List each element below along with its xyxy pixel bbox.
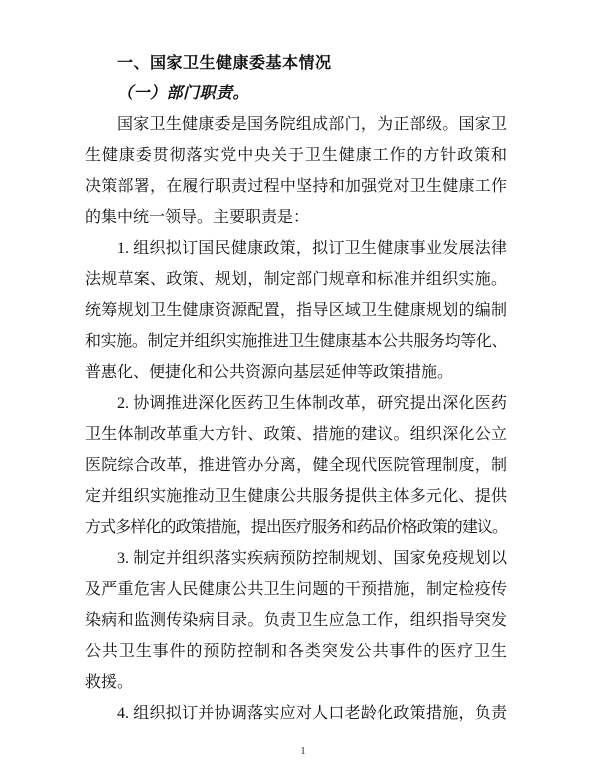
body-line: 卫生体制改革重大方针、政策、措施的建议。组织深化公立 (85, 419, 507, 450)
document-page: 一、国家卫生健康委基本情况 （一）部门职责。 国家卫生健康委是国务院组成部门，为… (0, 0, 592, 764)
page-number: 1 (0, 745, 592, 757)
body-line: 普惠化、便捷化和公共资源向基层延伸等政策措施。 (85, 357, 507, 388)
body-line: 3. 制定并组织落实疾病预防控制规划、国家免疫规划以 (85, 543, 507, 574)
body-line: 的集中统一领导。主要职责是： (85, 202, 507, 233)
body-line: 定并组织实施推动卫生健康公共服务提供主体多元化、提供 (85, 481, 507, 512)
body-line: 救援。 (85, 667, 507, 698)
body-line: 2. 协调推进深化医药卫生体制改革，研究提出深化医药 (85, 388, 507, 419)
body-line: 及严重危害人民健康公共卫生问题的干预措施，制定检疫传 (85, 574, 507, 605)
body-line: 生健康委贯彻落实党中央关于卫生健康工作的方针政策和 (85, 140, 507, 171)
body-line: 和实施。制定并组织实施推进卫生健康基本公共服务均等化、 (85, 326, 507, 357)
body-line: 染病和监测传染病目录。负责卫生应急工作，组织指导突发 (85, 605, 507, 636)
body-line: 统筹规划卫生健康资源配置，指导区域卫生健康规划的编制 (85, 295, 507, 326)
section-heading: 一、国家卫生健康委基本情况 (85, 47, 507, 78)
body-line: 决策部署，在履行职责过程中坚持和加强党对卫生健康工作 (85, 171, 507, 202)
body-line: 法规草案、政策、规划，制定部门规章和标准并组织实施。 (85, 264, 507, 295)
document-body: 一、国家卫生健康委基本情况 （一）部门职责。 国家卫生健康委是国务院组成部门，为… (85, 47, 507, 729)
body-line: 公共卫生事件的预防控制和各类突发公共事件的医疗卫生 (85, 636, 507, 667)
body-line: 1. 组织拟订国民健康政策，拟订卫生健康事业发展法律 (85, 233, 507, 264)
body-line: 4. 组织拟订并协调落实应对人口老龄化政策措施，负责 (85, 698, 507, 729)
body-line: 国家卫生健康委是国务院组成部门，为正部级。国家卫 (85, 109, 507, 140)
subsection-heading: （一）部门职责。 (85, 78, 507, 109)
body-line: 医院综合改革，推进管办分离，健全现代医院管理制度，制 (85, 450, 507, 481)
body-line: 方式多样化的政策措施，提出医疗服务和药品价格政策的建议。 (85, 512, 507, 543)
